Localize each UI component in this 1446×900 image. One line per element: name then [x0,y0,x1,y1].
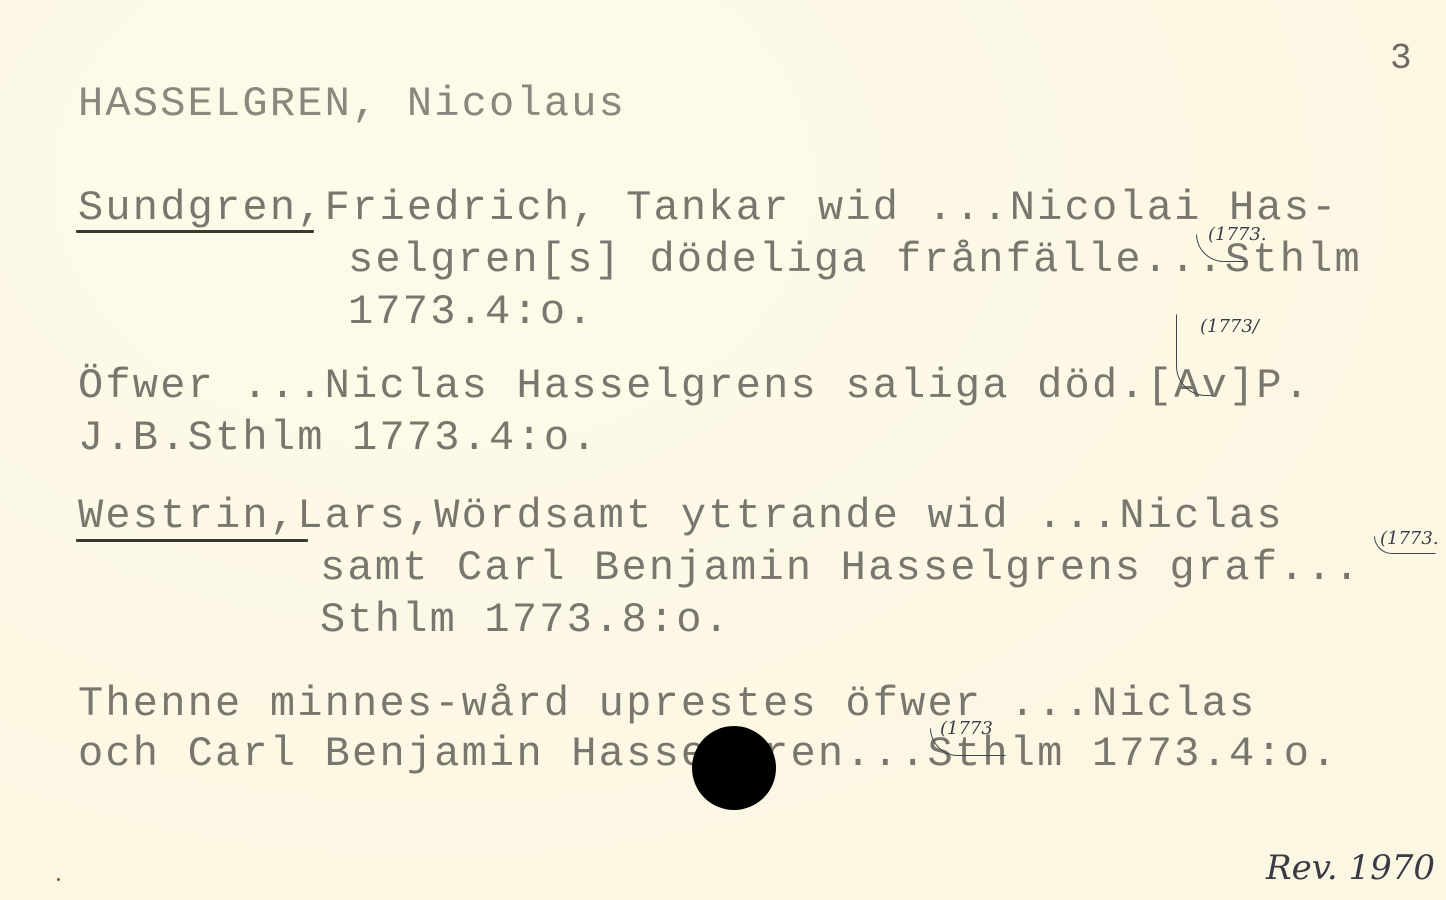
card-heading: HASSELGREN, Nicolaus [78,80,626,128]
entry-1-line-1: Sundgren,Friedrich, Tankar wid ...Nicola… [78,184,1339,232]
entry-1-line-3: 1773.4:o. [348,288,595,336]
entry-3-line-3: Sthlm 1773.8:o. [320,596,731,644]
entry-2-line-1: Öfwer ...Niclas Hasselgrens saliga död.[… [78,362,1311,410]
entry-4-line-1: Thenne minnes-wård uprestes öfwer ...Nic… [78,680,1256,728]
revision-note: Rev. 1970 [1266,848,1435,888]
catalog-card: 3 HASSELGREN, Nicolaus Sundgren,Friedric… [0,0,1446,900]
paper-speck [57,878,60,881]
entry-3-author-underline [76,539,308,542]
punch-hole [692,726,776,810]
entry-3-line-1: Westrin,Lars,Wördsamt yttrande wid ...Ni… [78,492,1284,540]
entry-1-author-underline [76,230,314,233]
entry-2-line-2: J.B.Sthlm 1773.4:o. [78,414,599,462]
entry-2-insert-mark [1176,314,1212,396]
page-number: 3 [1390,38,1412,79]
entry-3-insert-mark [1374,536,1436,554]
entry-3-line-2: samt Carl Benjamin Hasselgrens graf... [320,544,1361,592]
